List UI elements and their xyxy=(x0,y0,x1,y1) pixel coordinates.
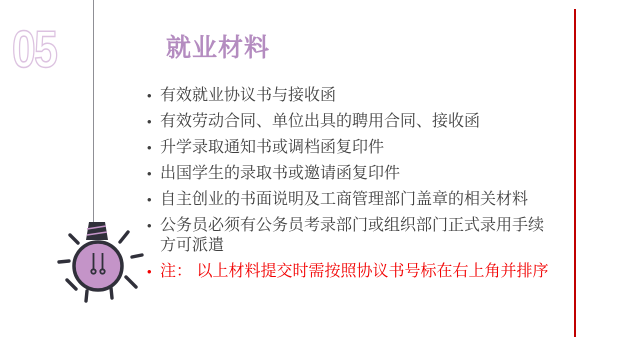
presentation-slide: 05 就业材料 有效就业协 xyxy=(0,0,640,360)
accent-line xyxy=(574,9,576,337)
list-item: 公务员必须有公务员考录部门或组织部门正式录用手续方可派遣 xyxy=(147,216,559,256)
bullet-list: 有效就业协议书与接收函 有效劳动合同、单位出具的聘用合同、接收函 升学录取通知书… xyxy=(147,86,559,288)
pendant-string xyxy=(93,0,94,223)
note-item: 注： 以上材料提交时需按照协议书号标在右上角并排序 xyxy=(147,262,559,282)
list-item: 出国学生的录取书或邀请函复印件 xyxy=(147,164,559,184)
slide-number: 05 xyxy=(12,24,56,76)
lightbulb-icon xyxy=(55,213,145,305)
list-item: 自主创业的书面说明及工商管理部门盖章的相关材料 xyxy=(147,190,559,210)
list-item: 升学录取通知书或调档函复印件 xyxy=(147,138,559,158)
page-title: 就业材料 xyxy=(166,28,270,64)
list-item: 有效劳动合同、单位出具的聘用合同、接收函 xyxy=(147,112,559,132)
list-item: 有效就业协议书与接收函 xyxy=(147,86,559,106)
